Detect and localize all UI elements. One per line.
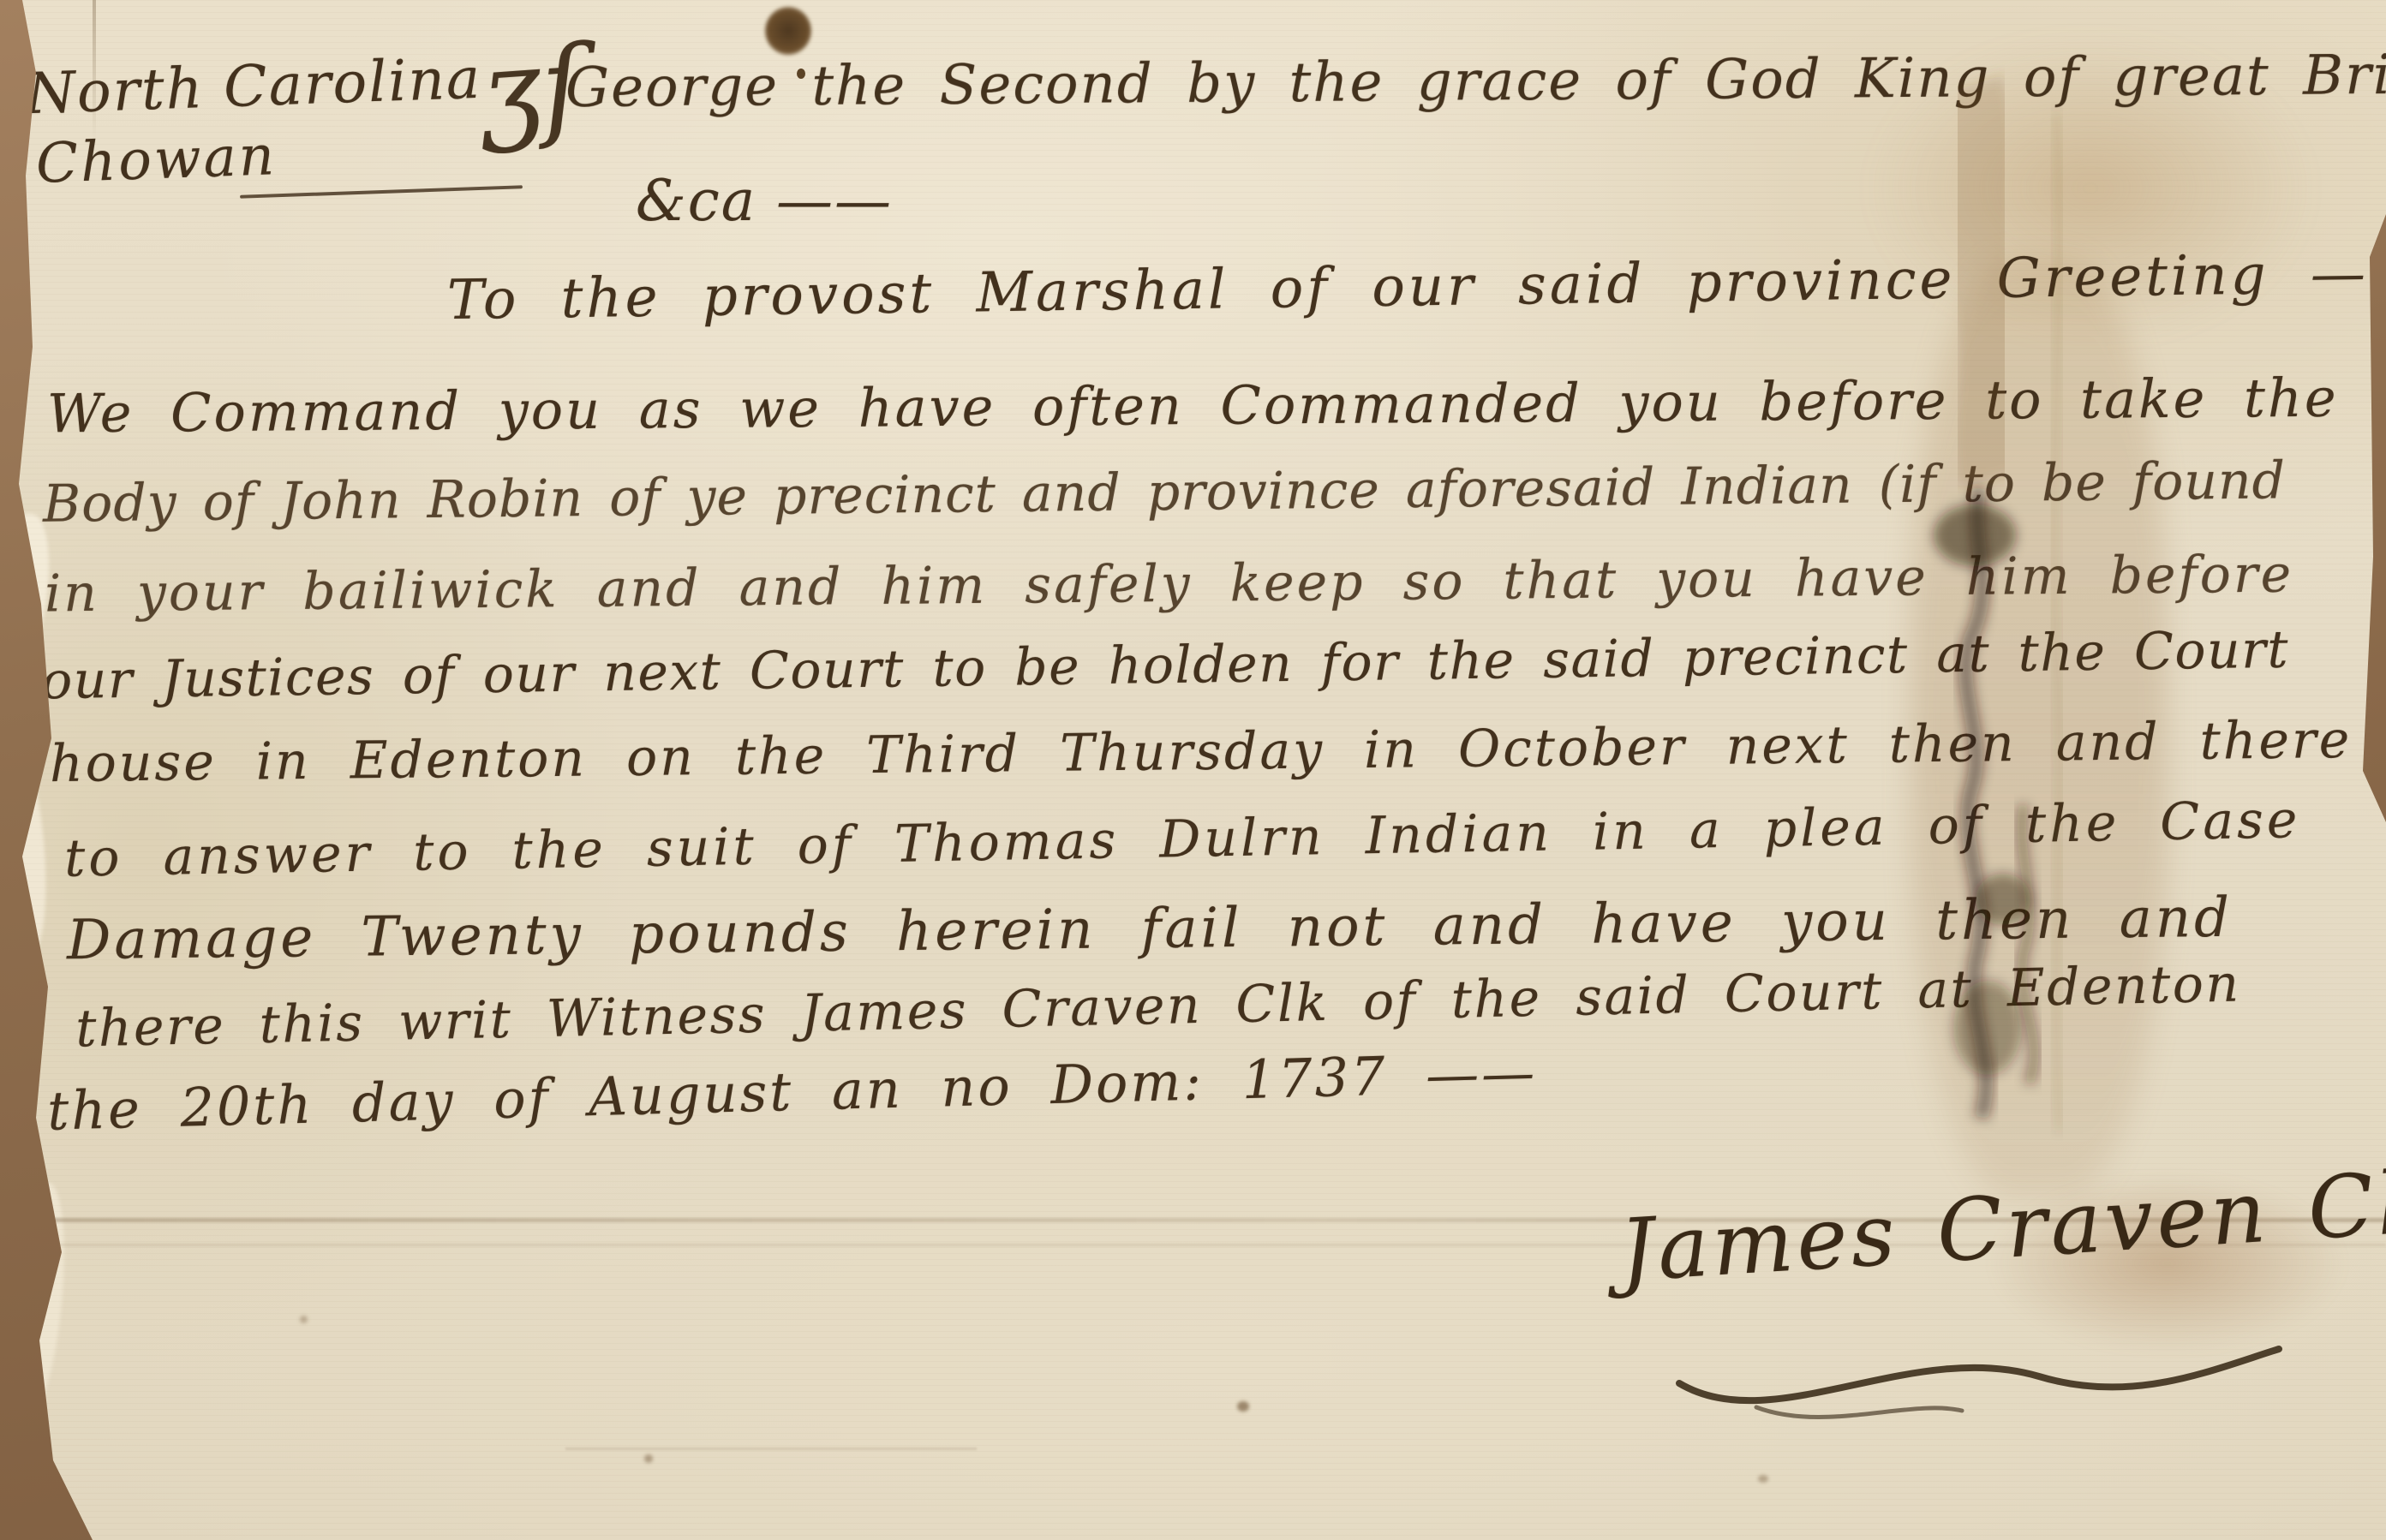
signature-flourish — [1653, 1323, 2305, 1460]
manuscript-line: there this writ Witness James Craven Clk… — [75, 954, 2242, 1059]
foxing-speck — [1758, 1475, 1768, 1483]
county-flourish-line — [240, 185, 523, 199]
manuscript-line: We Command you as we have often Commande… — [47, 367, 2339, 445]
manuscript-page: North Carolina ʒſ Chowan George the Seco… — [0, 0, 2386, 1540]
manuscript-line: house in Edenton on the Third Thursday i… — [50, 710, 2353, 794]
manuscript-county-line: Chowan — [35, 124, 278, 196]
manuscript-line: our Justices of our next Court to be hol… — [41, 620, 2290, 712]
torn-edge-sliver — [2, 1180, 72, 1424]
fold-crease-faint — [565, 1447, 977, 1450]
manuscript-line: the 20th day of August an no Dom: 1737 —… — [46, 1041, 1538, 1143]
manuscript-address-line: To the provost Marshal of our said provi… — [447, 242, 2386, 332]
manuscript-etcetera-line: &ca —— — [636, 168, 893, 234]
foxing-speck — [1237, 1401, 1249, 1412]
manuscript-line: in your bailiwick and and him safely kee… — [45, 545, 2294, 624]
foxing-speck — [300, 1316, 308, 1323]
manuscript-royal-title-line: George the Second by the grace of God Ki… — [565, 43, 2386, 120]
ink-blot-stain — [765, 7, 811, 55]
manuscript-line: to answer to the suit of Thomas Dulrn In… — [64, 790, 2301, 889]
manuscript-region-line: North Carolina — [25, 45, 483, 128]
manuscript-line: Damage Twenty pounds herein fail not and… — [67, 886, 2234, 972]
manuscript-line: Body of John Robin of ye precinct and pr… — [43, 451, 2287, 534]
torn-edge-sliver — [0, 753, 51, 952]
photo-backdrop: North Carolina ʒſ Chowan George the Seco… — [0, 0, 2386, 1540]
foxing-speck — [644, 1454, 653, 1463]
clerk-signature: James Craven Clk — [1617, 1149, 2386, 1301]
